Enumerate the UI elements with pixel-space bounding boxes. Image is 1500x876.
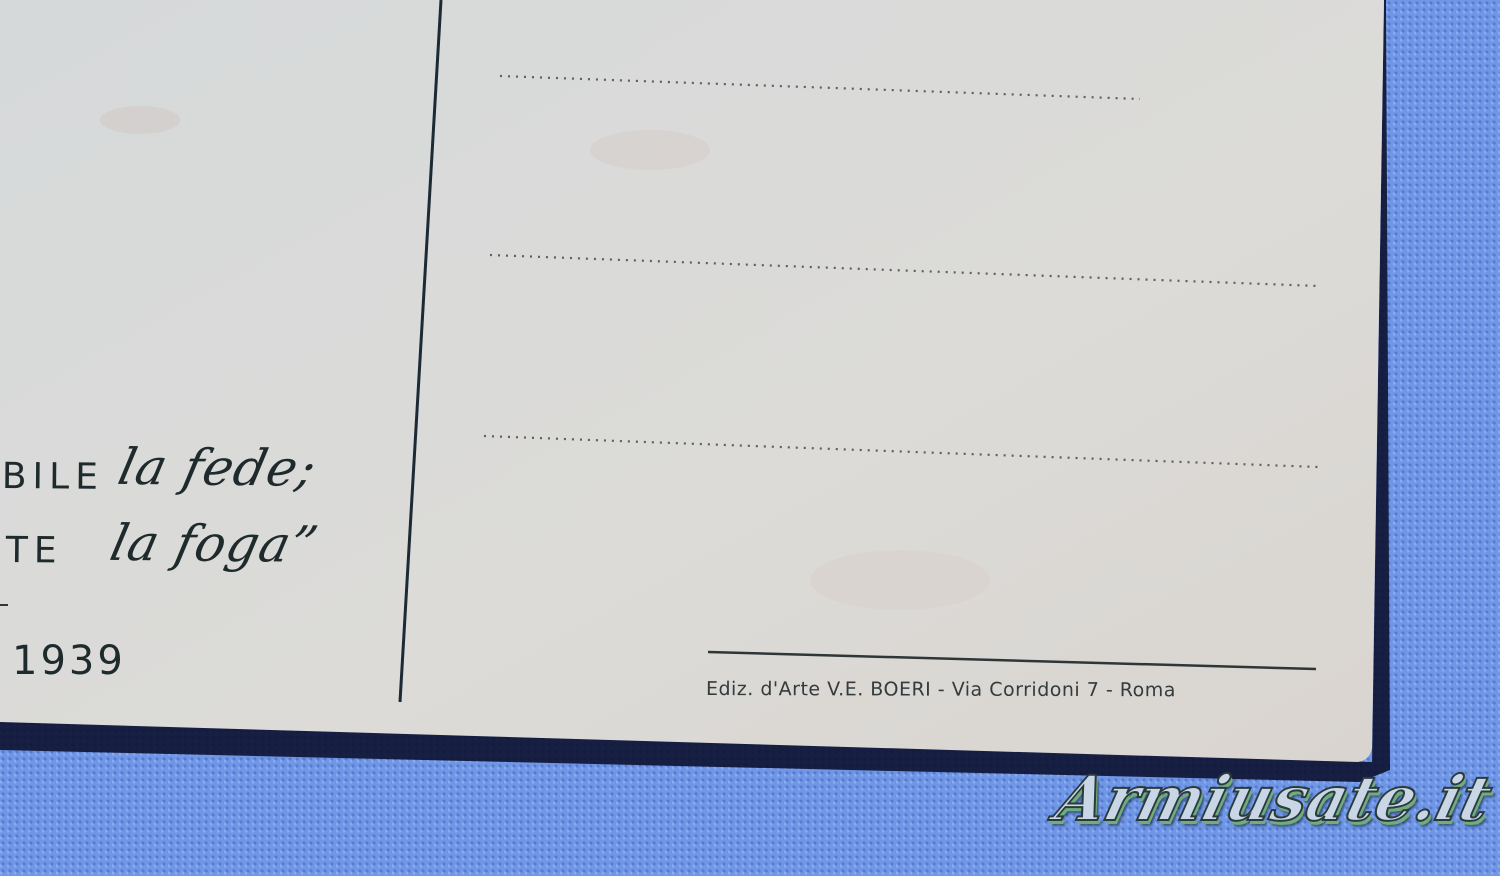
- publisher-imprint: Ediz. d'Arte V.E. BOERI - Via Corridoni …: [706, 678, 1176, 701]
- photo-scene: BILE la fede; TE la foga” 1939 Ediz. d'A…: [0, 0, 1500, 876]
- watermark-logo: Armiusate.it: [1049, 762, 1499, 835]
- message-script-line-1: la fede;: [113, 438, 322, 498]
- message-script-line-2: la foga”: [105, 514, 324, 574]
- message-caps-line-1: BILE: [2, 456, 104, 498]
- message-year: 1939: [12, 638, 126, 684]
- message-caps-line-2: TE: [6, 530, 63, 571]
